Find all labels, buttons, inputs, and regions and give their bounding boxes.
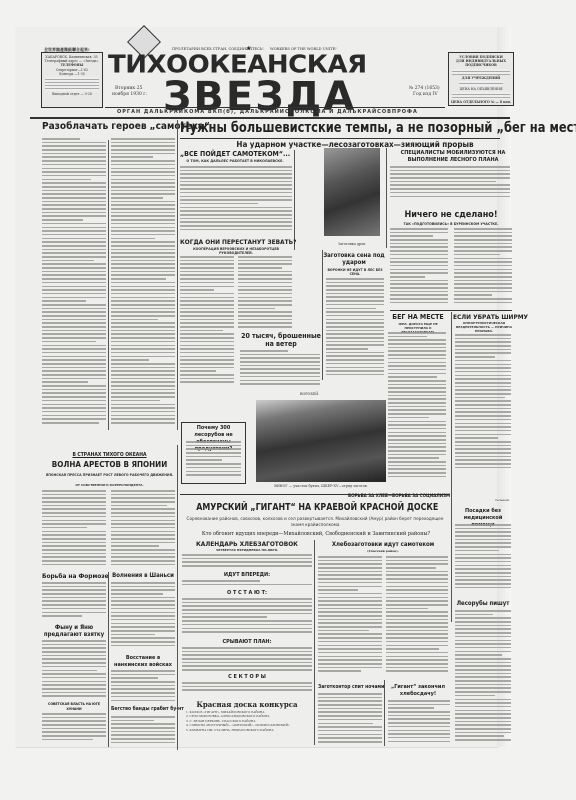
grain-headline: АМУРСКИЙ „ГИГАНТ“ НА КРАЕВОЙ КРАСНОЙ ДОС…: [196, 502, 434, 513]
article-title: Лесорубы пишут: [453, 600, 513, 607]
prices: [452, 69, 510, 75]
article-title: Хлебозаготовки идут самотеком: [316, 541, 450, 548]
issue-number: № 274 (1653): [409, 86, 440, 91]
photo-wood-harvest: [324, 148, 380, 236]
signature: ВОРОБЕЙ.: [300, 392, 319, 396]
article-title: Волнения в Шаньси: [111, 572, 175, 579]
article-title: 20 тысяч, брошенные на ветер: [240, 332, 322, 348]
publication-year: Год изд IV: [413, 92, 438, 97]
article-body: [240, 350, 320, 390]
article-title: „Гигант“ закончил хлебосдачу!: [386, 684, 450, 698]
article-title: Заготовка сена под ударом: [322, 252, 386, 266]
article-title: Борьба на Формозе: [42, 572, 106, 580]
calendar-subtitle: ЧЕТВЕРТАЯ ПЯТИДНЕВКА НО-ЯБРЯ.: [182, 548, 312, 553]
article-body: [111, 582, 175, 652]
article-title: СОВЕТСКАЯ ВЛАСТЬ НА ЮГЕ ХУНАНИ: [42, 702, 106, 711]
article-body: [42, 640, 106, 700]
date-weekday: Вторник 25: [115, 86, 142, 91]
article-body: [111, 716, 175, 746]
header-rule: [30, 117, 510, 119]
article-subtitle: ВОРОНКИ НЕ ИДУТ В ЛЕС БЕЗ СЕНА.: [326, 268, 384, 276]
honor-item: 5. КОММУНА ИМ. СТАЛИНА, НЕКРАСОВСКОГО РА…: [186, 728, 312, 732]
ads-label: ЦЕНА НА ОБЪЯВЛЕНИЯ: [449, 87, 513, 91]
article-title: БЕГ НА МЕСТЕ: [388, 313, 448, 321]
column-divider: [386, 148, 387, 248]
article-title: СПЕЦИАЛИСТЫ МОБИЛИЗУЮТСЯ НА ВЫПОЛНЕНИЕ Л…: [388, 150, 518, 164]
institutions-label: ДЛЯ УЧРЕЖДЕНИЙ: [449, 76, 513, 80]
subscription-subtitle: ДЛЯ ИНДИВИДУАЛЬНЫХ ПОДПИСЧИКОВ: [449, 59, 513, 67]
article-subtitle: ТАК «ПОДГОТОВИЛИСЬ» В БУРЕИНСКОМ УЧАСТКЕ…: [390, 222, 512, 227]
article-title: Восстание в нанкинских войсках: [111, 655, 175, 669]
article-body: [455, 610, 511, 745]
date: ноября 1930 г.: [112, 92, 147, 97]
column-divider: [294, 150, 295, 250]
single-price: ЦЕНА ОТДЕЛЬНОГО № — 8 коп.: [449, 100, 513, 104]
article-body: [111, 138, 175, 428]
honor-board-title: Красная доска конкурса: [182, 700, 312, 709]
article-title: КОГДА ОНИ ПЕРЕСТАНУТ ЗЕВАТЬ?: [180, 238, 292, 246]
column-divider: [384, 680, 385, 746]
article-title: Фыну и Яню предлагают взятку: [42, 624, 106, 638]
article-title: Бегство банды грабит бу-нт: [111, 706, 175, 712]
calendar-text: [182, 554, 312, 572]
section-kicker: БОРЬБА ЗА ХЛЕБ—БОРЬБА ЗА СОЦИАЛИЗМ: [316, 494, 450, 499]
photo-forest-camp: [256, 400, 386, 482]
sectors-text: [182, 682, 312, 696]
article-title: Ничего не сделано!: [390, 210, 512, 220]
article-subtitle: ОППОРТУНИСТИЧЕСКАЯ БЕЗДЕЯТЕЛЬНОСТЬ — ПРИ…: [455, 321, 513, 333]
article-title: Разоблачать героев „самотека“: [42, 121, 172, 132]
column-divider: [322, 250, 323, 380]
boxed-article: Почему 300 лесорубов не обеспечены проду…: [181, 422, 246, 484]
calendar-title: КАЛЕНДАРЬ ХЛЕБЗАГОТОВОК: [182, 540, 312, 548]
article-body: [42, 490, 106, 570]
address-box: ХАБАРОВСК, Калининская, 35. Телеграфный …: [41, 52, 103, 108]
column-divider: [314, 540, 315, 745]
article-body: [390, 228, 448, 308]
institution-prices: [459, 81, 503, 86]
article-body: [42, 138, 106, 428]
main-headline: Нужны большевистские темпы, а не позорны…: [180, 120, 442, 136]
article-body: [455, 524, 511, 594]
phone-2: Контора —1-35: [42, 72, 102, 76]
article-body: [388, 332, 446, 482]
article-subtitle: (Спасский район).: [316, 549, 450, 554]
column-divider: [108, 140, 109, 430]
article-body: [238, 256, 292, 330]
article-title: ВОЛНА АРЕСТОВ В ЯПОНИИ: [42, 460, 177, 469]
article-body: [42, 713, 106, 745]
article-body: [326, 278, 384, 378]
article-title: ЕСЛИ УБРАТЬ ШИРМУ: [453, 313, 513, 321]
article-body: [455, 334, 511, 474]
article-title: „ВСЕ ПОЙДЕТ САМОТЕКОМ“...: [180, 150, 290, 158]
failing-text: [182, 647, 312, 675]
behind-label: О Т С Т А Ю Т:: [182, 590, 312, 596]
article-subtitle: ЯПОНСКАЯ ПРЕССА ПРИЗНАЕТ РОСТ ЛЕВОГО РАБ…: [42, 473, 177, 477]
article-body: [180, 166, 292, 234]
article-body: [318, 556, 382, 676]
section-title: В СТРАНАХ ТИХОГО ОКЕАНА: [42, 452, 177, 458]
headline-rule: [180, 138, 500, 139]
sectors-label: С Е К Т О Р Ы: [182, 674, 312, 680]
article-body: [111, 490, 175, 570]
phone-list: [45, 77, 99, 91]
photo-caption: ВИНОГ — участок бухты, ШКЕР-XV—отряд заг…: [256, 484, 386, 488]
article-subtitle: О ТОМ, КАК ДАЛЬЛЕС РАБОТАЕТ В НИКОЛАЕВСК…: [180, 159, 290, 164]
ads-prices: [452, 92, 510, 99]
byline: ОТ СОБСТВЕННОГО КОРРЕСПОНДЕНТА.: [42, 483, 177, 488]
ahead-label: ИДУТ ВПЕРЕДИ:: [182, 572, 312, 578]
article-body: [386, 556, 448, 676]
article-body: [186, 441, 241, 481]
box-bottom: Выходной отдел — 9-28: [42, 92, 102, 96]
signature: Тельный.: [495, 498, 510, 502]
article-body: [390, 166, 510, 200]
article-body: [388, 700, 450, 745]
article-body: [111, 670, 175, 705]
article-title: Заготконтор спит ночами: [318, 684, 382, 690]
honor-list: 1. КОЛХОЗ «ГИГАНТ», МИХАЙЛОВСКОГО РАЙОНА…: [186, 710, 312, 732]
article-subtitle: КООПЕРАЦИЯ ВЕРХОВСКИХ И НЕЗАБОРОТЦЕВ РУК…: [182, 247, 290, 255]
behind-text: [182, 598, 312, 638]
article-body: [454, 228, 512, 308]
column-divider: [177, 120, 178, 430]
column-divider: [177, 445, 178, 750]
masthead-rule: [105, 107, 445, 108]
column-divider: [108, 572, 109, 747]
article-body: [42, 582, 106, 622]
failing-label: СРЫВАЮТ ПЛАН:: [182, 639, 312, 645]
column-divider: [451, 312, 452, 622]
organ-line: ОРГАН ДАЛЬКРАЙКОМА ВКП(б), ДАЛЬКРАЙИСПОЛ…: [117, 109, 418, 115]
grain-question: Кто обгонит идущих впереди—Михайловский,…: [194, 531, 439, 537]
ahead-text: [182, 580, 312, 590]
article-body: [318, 693, 382, 745]
article-body: [180, 256, 234, 386]
photo-caption: Заготовка дров.: [324, 242, 380, 246]
subscription-box: УСЛОВИЯ ПОДПИСКИ ДЛЯ ИНДИВИДУАЛЬНЫХ ПОДП…: [448, 52, 514, 106]
grain-deck: Соревнование районов, совхозов, колхозов…: [182, 516, 448, 527]
divider: [390, 310, 512, 311]
